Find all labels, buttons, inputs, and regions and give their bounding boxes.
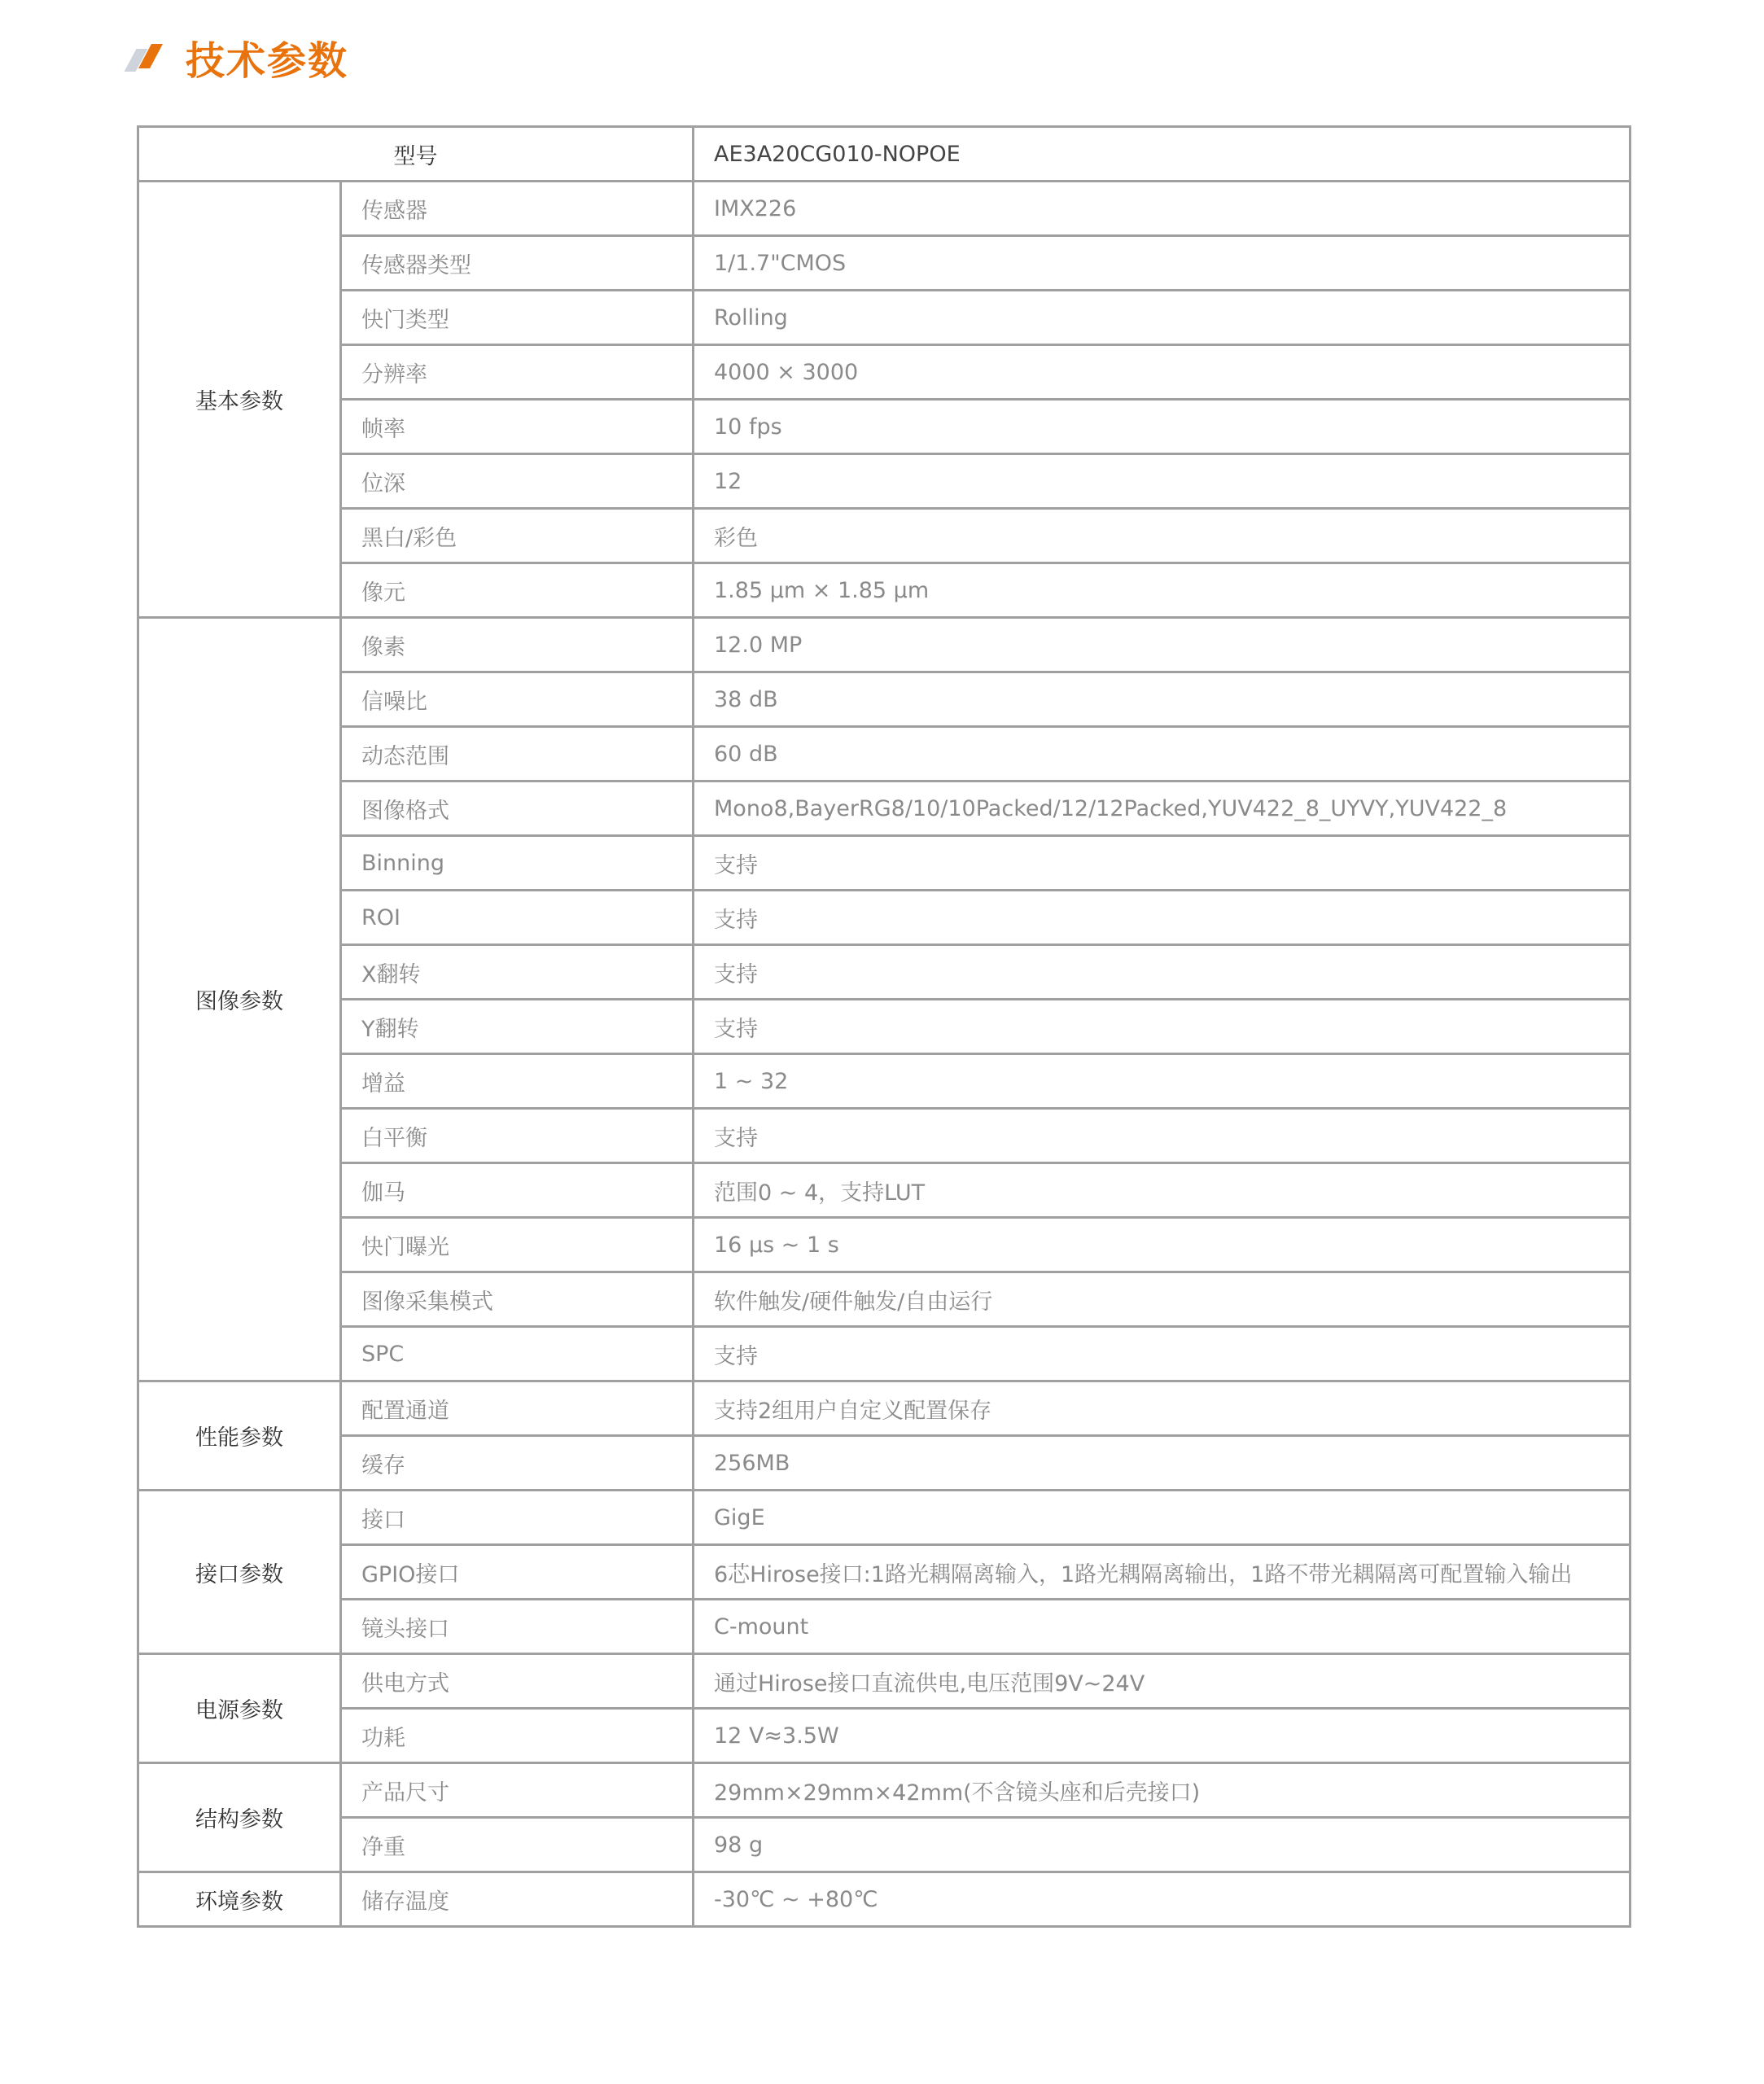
param-value: 38 dB: [694, 672, 1630, 727]
table-row: 电源参数供电方式通过Hirose接口直流供电,电压范围9V~24V: [138, 1654, 1630, 1709]
param-name: 像元: [341, 563, 694, 618]
table-row: X翻转支持: [138, 945, 1630, 1000]
param-name: 快门曝光: [341, 1218, 694, 1272]
param-value: 10 fps: [694, 400, 1630, 454]
table-row: 信噪比38 dB: [138, 672, 1630, 727]
param-name: Binning: [341, 836, 694, 891]
param-name: 传感器: [341, 182, 694, 236]
group-label: 基本参数: [138, 182, 341, 618]
param-value: 支持: [694, 836, 1630, 891]
table-row: 镜头接口C-mount: [138, 1600, 1630, 1654]
table-row: 动态范围60 dB: [138, 727, 1630, 781]
table-row: 位深12: [138, 454, 1630, 509]
param-name: 配置通道: [341, 1381, 694, 1436]
table-row: SPC支持: [138, 1327, 1630, 1381]
model-label: 型号: [138, 127, 694, 182]
param-name: 供电方式: [341, 1654, 694, 1709]
model-value: AE3A20CG010-NOPOE: [694, 127, 1630, 182]
param-name: 动态范围: [341, 727, 694, 781]
param-value: IMX226: [694, 182, 1630, 236]
group-label: 接口参数: [138, 1491, 341, 1654]
param-value: 1.85 μm × 1.85 μm: [694, 563, 1630, 618]
param-value: 支持: [694, 1327, 1630, 1381]
param-value: 范围0 ~ 4，支持LUT: [694, 1163, 1630, 1218]
param-value: 支持: [694, 891, 1630, 945]
param-value: Mono8,BayerRG8/10/10Packed/12/12Packed,Y…: [694, 781, 1630, 836]
table-row: Binning支持: [138, 836, 1630, 891]
table-row: 分辨率4000 × 3000: [138, 345, 1630, 400]
param-value: 29mm×29mm×42mm(不含镜头座和后壳接口): [694, 1763, 1630, 1818]
param-value: 支持: [694, 945, 1630, 1000]
param-value: 12.0 MP: [694, 618, 1630, 672]
spec-table: 型号 AE3A20CG010-NOPOE 基本参数传感器IMX226传感器类型1…: [137, 125, 1631, 1928]
table-row: 帧率10 fps: [138, 400, 1630, 454]
group-label: 结构参数: [138, 1763, 341, 1872]
table-row: 缓存256MB: [138, 1436, 1630, 1491]
param-value: 1 ~ 32: [694, 1054, 1630, 1109]
param-name: SPC: [341, 1327, 694, 1381]
group-label: 图像参数: [138, 618, 341, 1381]
param-value: 支持2组用户自定义配置保存: [694, 1381, 1630, 1436]
param-name: 分辨率: [341, 345, 694, 400]
param-value: 16 μs ~ 1 s: [694, 1218, 1630, 1272]
param-value: 软件触发/硬件触发/自由运行: [694, 1272, 1630, 1327]
param-name: Y翻转: [341, 1000, 694, 1054]
param-name: 信噪比: [341, 672, 694, 727]
page-title: 技术参数: [186, 29, 348, 85]
slash-accent-icon: [130, 41, 166, 73]
param-value: 256MB: [694, 1436, 1630, 1491]
param-name: 接口: [341, 1491, 694, 1545]
table-row: 基本参数传感器IMX226: [138, 182, 1630, 236]
param-value: C-mount: [694, 1600, 1630, 1654]
table-header-row: 型号 AE3A20CG010-NOPOE: [138, 127, 1630, 182]
table-row: 伽马范围0 ~ 4，支持LUT: [138, 1163, 1630, 1218]
table-row: 结构参数产品尺寸29mm×29mm×42mm(不含镜头座和后壳接口): [138, 1763, 1630, 1818]
param-value: 12 V≈3.5W: [694, 1709, 1630, 1763]
table-row: GPIO接口6芯Hirose接口:1路光耦隔离输入，1路光耦隔离输出，1路不带光…: [138, 1545, 1630, 1600]
table-row: 净重98 g: [138, 1818, 1630, 1872]
table-row: 白平衡支持: [138, 1109, 1630, 1163]
table-row: 快门曝光16 μs ~ 1 s: [138, 1218, 1630, 1272]
param-value: 98 g: [694, 1818, 1630, 1872]
table-row: 传感器类型1/1.7"CMOS: [138, 236, 1630, 291]
param-value: GigE: [694, 1491, 1630, 1545]
param-name: 净重: [341, 1818, 694, 1872]
param-value: 1/1.7"CMOS: [694, 236, 1630, 291]
group-label: 环境参数: [138, 1872, 341, 1927]
param-name: 增益: [341, 1054, 694, 1109]
param-name: 产品尺寸: [341, 1763, 694, 1818]
param-name: 功耗: [341, 1709, 694, 1763]
table-row: 功耗12 V≈3.5W: [138, 1709, 1630, 1763]
table-row: 接口参数接口GigE: [138, 1491, 1630, 1545]
param-value: 通过Hirose接口直流供电,电压范围9V~24V: [694, 1654, 1630, 1709]
param-name: ROI: [341, 891, 694, 945]
table-row: ROI支持: [138, 891, 1630, 945]
param-name: 缓存: [341, 1436, 694, 1491]
table-row: 增益1 ~ 32: [138, 1054, 1630, 1109]
section-heading: 技术参数: [130, 33, 348, 81]
param-name: 白平衡: [341, 1109, 694, 1163]
param-name: 位深: [341, 454, 694, 509]
param-value: 支持: [694, 1000, 1630, 1054]
table-row: 黑白/彩色彩色: [138, 509, 1630, 563]
param-name: 黑白/彩色: [341, 509, 694, 563]
param-name: X翻转: [341, 945, 694, 1000]
param-name: 快门类型: [341, 291, 694, 345]
param-value: 12: [694, 454, 1630, 509]
group-label: 性能参数: [138, 1381, 341, 1491]
param-name: 帧率: [341, 400, 694, 454]
param-name: 图像采集模式: [341, 1272, 694, 1327]
table-row: 性能参数配置通道支持2组用户自定义配置保存: [138, 1381, 1630, 1436]
param-value: 彩色: [694, 509, 1630, 563]
param-value: 60 dB: [694, 727, 1630, 781]
table-row: 像元1.85 μm × 1.85 μm: [138, 563, 1630, 618]
table-row: 图像参数像素12.0 MP: [138, 618, 1630, 672]
param-name: 传感器类型: [341, 236, 694, 291]
param-name: 图像格式: [341, 781, 694, 836]
param-name: 储存温度: [341, 1872, 694, 1927]
param-value: 6芯Hirose接口:1路光耦隔离输入，1路光耦隔离输出，1路不带光耦隔离可配置…: [694, 1545, 1630, 1600]
param-name: 伽马: [341, 1163, 694, 1218]
param-name: 像素: [341, 618, 694, 672]
param-value: -30℃ ~ +80℃: [694, 1872, 1630, 1927]
param-value: 支持: [694, 1109, 1630, 1163]
table-row: 环境参数储存温度-30℃ ~ +80℃: [138, 1872, 1630, 1927]
table-row: 图像格式Mono8,BayerRG8/10/10Packed/12/12Pack…: [138, 781, 1630, 836]
table-row: 快门类型Rolling: [138, 291, 1630, 345]
param-value: 4000 × 3000: [694, 345, 1630, 400]
param-name: 镜头接口: [341, 1600, 694, 1654]
table-row: 图像采集模式软件触发/硬件触发/自由运行: [138, 1272, 1630, 1327]
param-value: Rolling: [694, 291, 1630, 345]
table-row: Y翻转支持: [138, 1000, 1630, 1054]
param-name: GPIO接口: [341, 1545, 694, 1600]
group-label: 电源参数: [138, 1654, 341, 1763]
